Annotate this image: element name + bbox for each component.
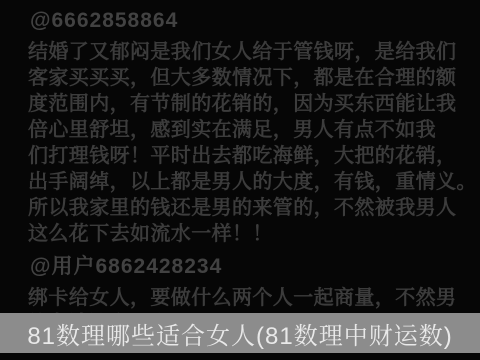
comment-text-line: 所以我家里的钱还是男的来管的，不然被我男人 xyxy=(28,195,460,221)
comment-text-line: 倍心里舒坦，感到实在满足，男人有点不如我 xyxy=(28,117,460,143)
comment-text-line: 出手阔绰，以上都是男人的大度，有钱，重情义。 xyxy=(28,169,460,195)
banner-title: 81数理哪些适合女人(81数理中财运数) xyxy=(27,316,452,351)
user-handle: @用户6862428234 xyxy=(30,254,460,280)
comment-text-line: 们打理钱呀！平时出去都吃海鲜，大把的花销， xyxy=(28,143,460,169)
comment-text-line: 度范围内，有节制的花销的，因为买东西能让我 xyxy=(28,91,460,117)
comment-text-line: 客家买买买，但大多数情况下，都是在合理的额 xyxy=(28,65,460,91)
thumbnail-card: @6662858864 结婚了又郁闷是我们女人给于管钱呀，是给我们客家买买买，但… xyxy=(0,0,480,360)
comment-text-line: 这么花下去如流水一样！！ xyxy=(28,221,460,247)
comment-block-1: @6662858864 结婚了又郁闷是我们女人给于管钱呀，是给我们客家买买买，但… xyxy=(28,8,460,247)
title-banner: 81数理哪些适合女人(81数理中财运数) xyxy=(0,313,480,353)
user-handle: @6662858864 xyxy=(30,8,460,34)
comment-text: 结婚了又郁闷是我们女人给于管钱呀，是给我们客家买买买，但大多数情况下，都是在合理… xyxy=(28,39,460,247)
comment-text-line: 结婚了又郁闷是我们女人给于管钱呀，是给我们 xyxy=(28,39,460,65)
comment-text-line: 绑卡给女人，要做什么两个人一起商量，不然男 xyxy=(28,285,460,311)
